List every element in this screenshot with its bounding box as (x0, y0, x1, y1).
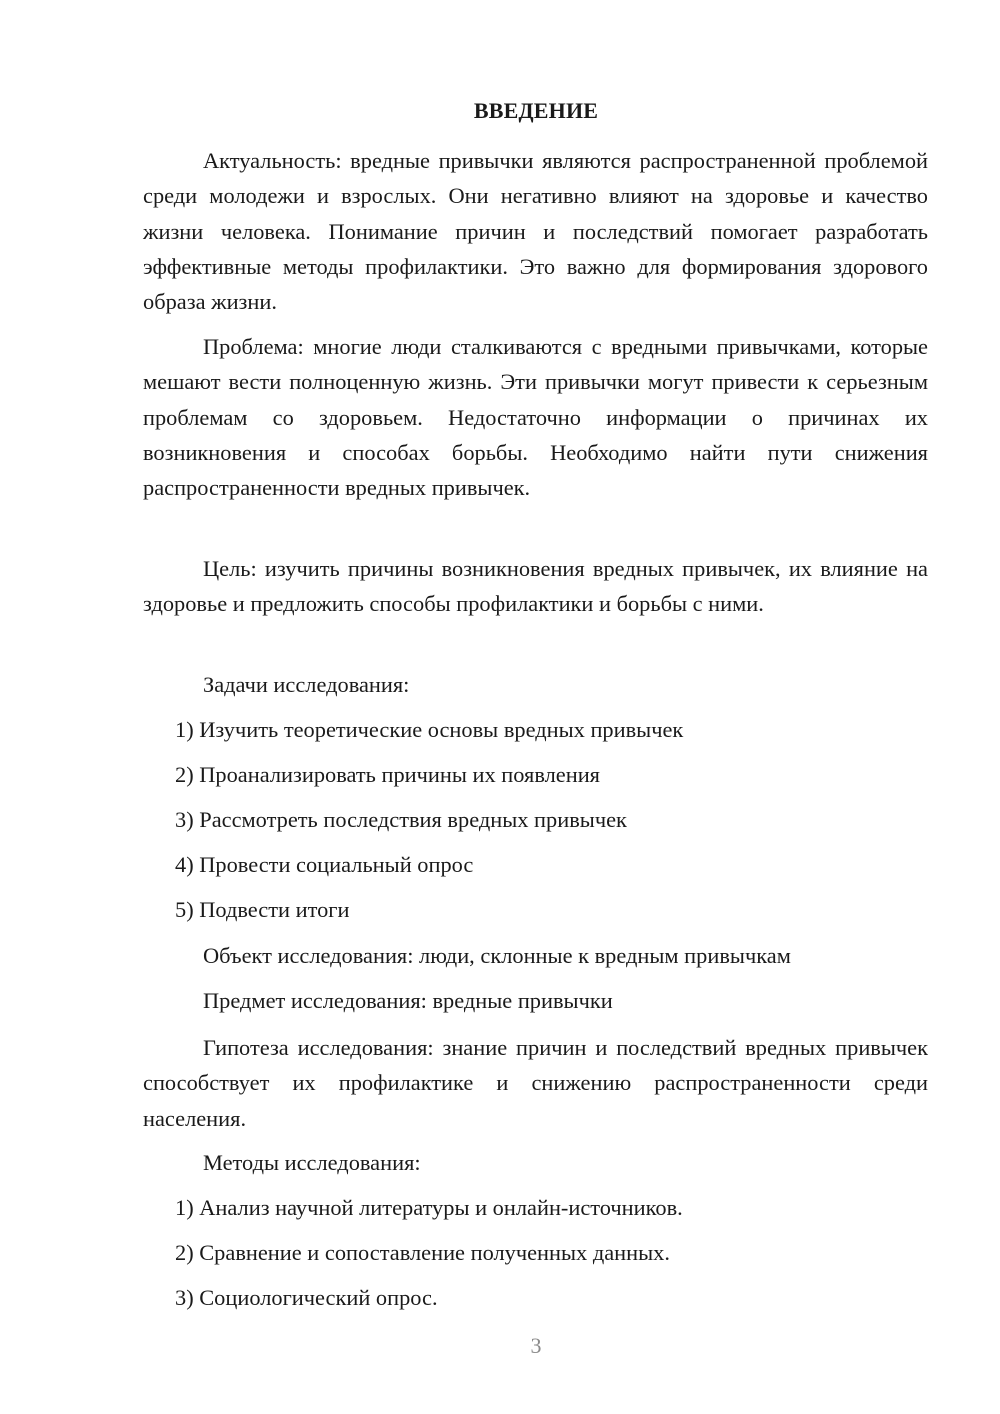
section-heading: ВВЕДЕНИЕ (0, 96, 1000, 126)
methods-heading: Методы исследования: (203, 1148, 421, 1178)
research-subject: Предмет исследования: вредные привычки (203, 986, 613, 1016)
hypothesis-text: Гипотеза исследования: знание причин и п… (143, 1035, 928, 1131)
list-item: 4) Провести социальный опрос (175, 850, 473, 880)
list-item: 3) Рассмотреть последствия вредных привы… (175, 805, 627, 835)
goal-text: Цель: изучить причины возникновения вред… (143, 556, 928, 616)
problem-text: Проблема: многие люди сталкиваются с вре… (143, 334, 928, 500)
list-item: 1) Анализ научной литературы и онлайн-ис… (175, 1193, 683, 1223)
research-object: Объект исследования: люди, склонные к вр… (203, 941, 791, 971)
list-item: 2) Сравнение и сопоставление полученных … (175, 1238, 670, 1268)
list-item: 2) Проанализировать причины их появления (175, 760, 600, 790)
tasks-heading: Задачи исследования: (203, 670, 409, 700)
paragraph-goal: Цель: изучить причины возникновения вред… (143, 551, 928, 622)
list-item: 3) Социологический опрос. (175, 1283, 438, 1313)
list-item: 1) Изучить теоретические основы вредных … (175, 715, 683, 745)
document-page: ВВЕДЕНИЕ Актуальность: вредные привычки … (0, 0, 1000, 1414)
list-item: 5) Подвести итоги (175, 895, 349, 925)
paragraph-problem: Проблема: многие люди сталкиваются с вре… (143, 329, 928, 505)
page-number: 3 (0, 1332, 1000, 1360)
relevance-text: Актуальность: вредные привычки являются … (143, 148, 928, 314)
paragraph-hypothesis: Гипотеза исследования: знание причин и п… (143, 1030, 928, 1136)
paragraph-relevance: Актуальность: вредные привычки являются … (143, 143, 928, 319)
